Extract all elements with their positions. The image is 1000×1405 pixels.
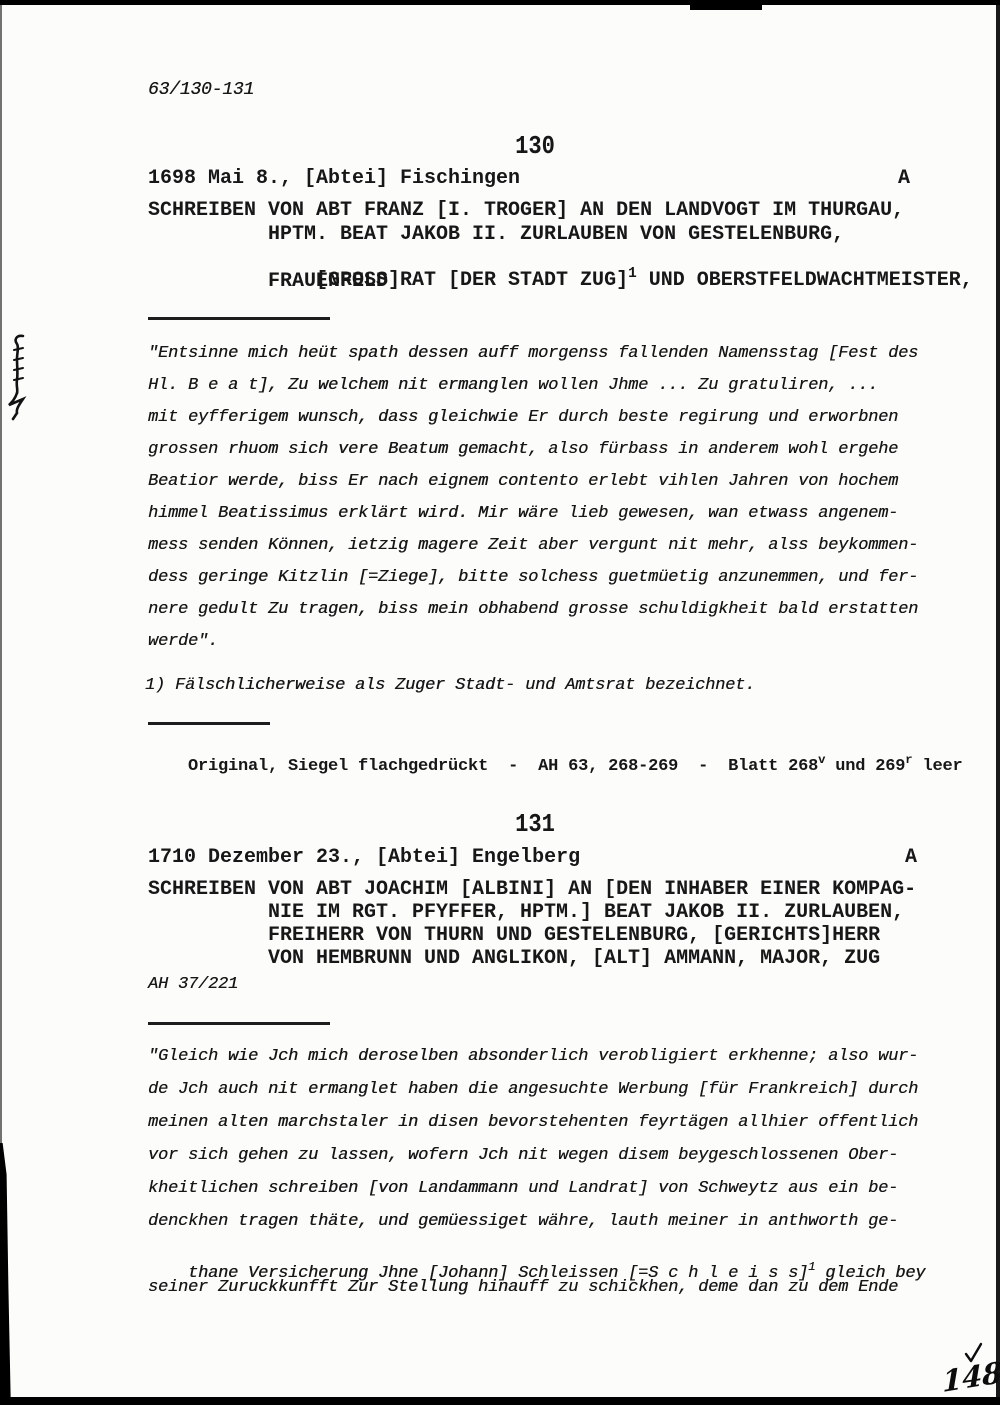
- entry-130-date-place: 1698 Mai 8., [Abtei] Fischingen: [148, 167, 520, 190]
- entry-130-title-line3-rest: UND OBERSTFELDWACHTMEISTER,: [637, 269, 973, 292]
- entry-130-quote-line: "Entsinne mich heüt spath dessen auff mo…: [148, 344, 918, 363]
- scan-border-left-wedge: [0, 1143, 12, 1405]
- handwritten-page-number: 148: [942, 1355, 1000, 1399]
- entry-130-quote-line: mit eyfferigem wunsch, dass gleichwie Er…: [148, 408, 898, 427]
- archive-reference: 63/130-131: [148, 80, 254, 100]
- entry-131-quote-line: de Jch auch nit ermanglet haben die ange…: [148, 1080, 918, 1099]
- scan-border-left-thin: [0, 0, 2, 1150]
- entry-130-quote-line: himmel Beatissimus erklärt wird. Mir wär…: [148, 504, 898, 523]
- scan-border-top-blob: [690, 0, 762, 10]
- source-text: leer: [912, 757, 962, 776]
- entry-130-footnote: 1) Fälschlicherweise als Zuger Stadt- un…: [145, 676, 755, 695]
- scan-border-top: [0, 0, 1000, 5]
- entry-130-quote-line: grossen rhuom sich vere Beatum gemacht, …: [148, 440, 898, 459]
- entry-130-footnote-marker: 1: [628, 266, 637, 282]
- entry-131-quote-line: "Gleich wie Jch mich deroselben absonder…: [148, 1047, 918, 1066]
- entry-131-quote-line: kheitlichen schreiben [von Landammann un…: [148, 1179, 898, 1198]
- entry-130-source-line: Original, Siegel flachgedrückt - AH 63, …: [148, 738, 962, 795]
- entry-130-quote-line: nere gedult Zu tragen, biss mein obhaben…: [148, 600, 918, 619]
- folio-verso-mark: v: [818, 753, 825, 767]
- entry-131-title-line: SCHREIBEN VON ABT JOACHIM [ALBINI] AN [D…: [148, 878, 916, 901]
- entry-130-quote-line: Beatior werde, biss Er nach eignem conte…: [148, 472, 898, 491]
- entry-131-quote-line: meinen alten marchstaler in disen bevors…: [148, 1113, 918, 1132]
- entry-130-title-line: SCHREIBEN VON ABT FRANZ [I. TROGER] AN D…: [148, 199, 904, 222]
- entry-130-quote-line: mess senden Können, ietzig magere Zeit a…: [148, 536, 918, 555]
- separator-rule: [148, 317, 330, 320]
- entry-131-title-line: VON HEMBRUNN UND ANGLIKON, [ALT] AMMANN,…: [268, 947, 880, 970]
- folio-recto-mark: r: [905, 753, 912, 767]
- handwritten-margin-mark: [4, 333, 38, 425]
- scanned-document-page: 63/130-131 130 1698 Mai 8., [Abtei] Fisc…: [0, 0, 1000, 1405]
- entry-131-corner-letter: A: [905, 846, 917, 869]
- entry-131-quote-line: seiner Zuruckkunfft Zur Stellung hinauff…: [148, 1278, 898, 1297]
- entry-130-number: 130: [450, 131, 620, 161]
- entry-130-quote-line: dess geringe Kitzlin [=Ziege], bitte sol…: [148, 568, 918, 587]
- separator-rule: [148, 1022, 330, 1025]
- scan-border-bottom: [0, 1397, 1000, 1405]
- footnote-rule: [148, 722, 270, 725]
- entry-131-title-line: NIE IM RGT. PFYFFER, HPTM.] BEAT JAKOB I…: [268, 901, 904, 924]
- entry-130-quote-line: Hl. B e a t], Zu welchem nit ermanglen w…: [148, 376, 878, 395]
- entry-131-footnote-marker: 1: [808, 1260, 815, 1274]
- entry-131-title-line: FREIHERR VON THURN UND GESTELENBURG, [GE…: [268, 924, 880, 947]
- source-text: und 269: [825, 757, 905, 776]
- entry-131-quote-line: denckhen tragen thäte, und gemüessiget w…: [148, 1212, 898, 1231]
- entry-131-number: 131: [450, 809, 620, 839]
- scan-border-right: [996, 0, 1000, 1405]
- entry-130-quote-line: werde".: [148, 632, 218, 651]
- entry-131-quote-line: vor sich gehen zu lassen, wofern Jch nit…: [148, 1146, 898, 1165]
- entry-130-title-line: FRAUENFELD: [268, 270, 388, 293]
- entry-130-title-line: HPTM. BEAT JAKOB II. ZURLAUBEN VON GESTE…: [268, 223, 844, 246]
- entry-131-archive-note: AH 37/221: [148, 975, 238, 994]
- entry-130-corner-letter: A: [898, 167, 910, 190]
- entry-131-date-place: 1710 Dezember 23., [Abtei] Engelberg: [148, 846, 580, 869]
- source-text: Original, Siegel flachgedrückt - AH 63, …: [188, 757, 818, 776]
